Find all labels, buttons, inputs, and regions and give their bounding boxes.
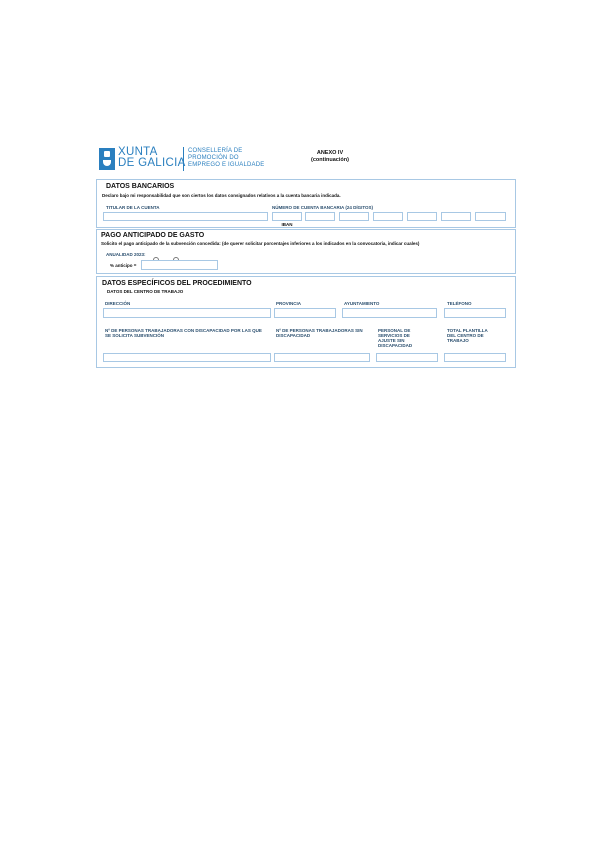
department-name: CONSELLERÍA DE PROMOCIÓN DO EMPREGO E IG… (188, 148, 264, 169)
council-field[interactable] (342, 308, 437, 318)
account-number-label: NÚMERO DE CUENTA BANCARIA (24 DÍGITOS) (272, 205, 373, 210)
account-group-3-field[interactable] (373, 212, 403, 221)
account-group-2-field[interactable] (339, 212, 369, 221)
account-holder-field[interactable] (103, 212, 268, 221)
advance-section-title: PAGO ANTICIPADO DE GASTO (101, 232, 204, 239)
province-label: PROVINCIA (276, 301, 301, 306)
procedure-section-title: DATOS ESPECÍFICOS DEL PROCEDIMIENTO (102, 280, 252, 287)
total-staff-label: TOTAL PLANTILLA DEL CENTRO DE TRABAJO (447, 328, 497, 343)
annuity-label: ANUALIDAD 2023: (106, 252, 146, 257)
support-staff-label: PERSONAL DE SERVICIOS DE AJUSTE SIN DISC… (378, 328, 420, 348)
account-group-6-field[interactable] (475, 212, 506, 221)
advance-percent-field[interactable] (141, 260, 218, 270)
account-group-1-field[interactable] (305, 212, 335, 221)
workers-no-disability-label: Nº DE PERSONAS TRABAJADORAS SIN DISCAPAC… (276, 328, 371, 338)
total-staff-field[interactable] (444, 353, 506, 362)
holder-label: TITULAR DE LA CUENTA (106, 205, 160, 210)
advance-description: Solicito el pago anticipado de la subven… (101, 241, 419, 246)
galicia-emblem-icon (99, 148, 115, 170)
address-label: DIRECCIÓN (105, 301, 130, 306)
council-label: AYUNTAMIENTO (344, 301, 379, 306)
phone-field[interactable] (444, 308, 506, 318)
account-group-5-field[interactable] (441, 212, 471, 221)
address-field[interactable] (103, 308, 271, 318)
workers-disability-field[interactable] (103, 353, 271, 362)
bank-section-title: DATOS BANCARIOS (106, 183, 174, 190)
account-group-4-field[interactable] (407, 212, 437, 221)
workers-disability-label: Nº DE PERSONAS TRABAJADORAS CON DISCAPAC… (105, 328, 267, 338)
xunta-logo: XUNTA DE GALICIA (118, 147, 186, 169)
annex-heading: ANEXO IV (continuación) (300, 150, 360, 164)
phone-label: TELÉFONO (447, 301, 472, 306)
logo-divider (183, 147, 184, 171)
percent-label: % anticipo = (110, 263, 136, 268)
bank-declaration: Declaro bajo mi responsabilidad que son … (102, 193, 341, 198)
workers-no-disability-field[interactable] (274, 353, 370, 362)
iban-label-box: IBAN (272, 212, 302, 221)
workplace-subtitle: DATOS DEL CENTRO DE TRABAJO (107, 289, 183, 294)
province-field[interactable] (274, 308, 336, 318)
support-staff-field[interactable] (376, 353, 438, 362)
